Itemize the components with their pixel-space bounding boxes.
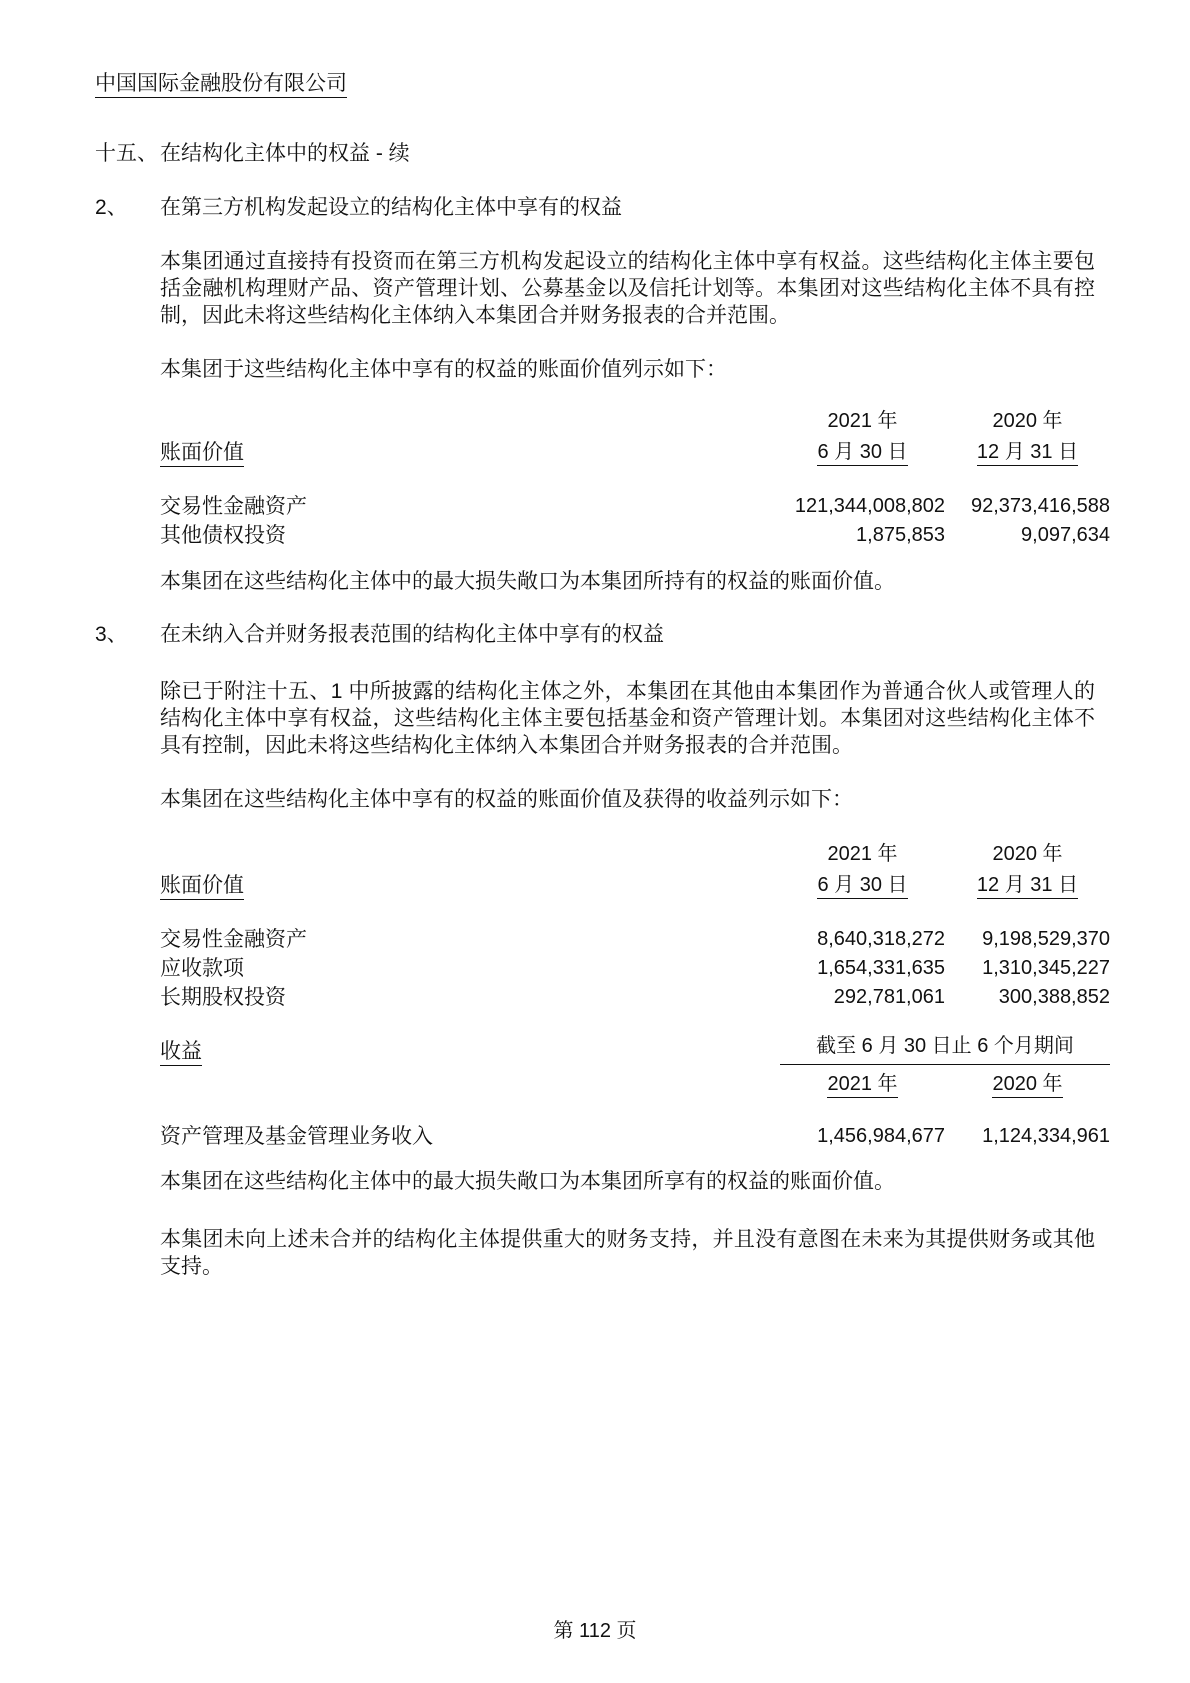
row-value-2020: 1,310,345,227 [945, 955, 1110, 982]
income-table-period-row: 收益 截至 6 月 30 日止 6 个月期间 [160, 1033, 1110, 1065]
item-3-support-note: 本集团未向上述未合并的结构化主体提供重大的财务支持，并且没有意图在未来为其提供财… [160, 1226, 1095, 1280]
row-value-2021: 1,875,853 [780, 522, 945, 549]
row-value-2021: 292,781,061 [780, 984, 945, 1011]
table-row: 长期股权投资 292,781,061 300,388,852 [160, 983, 1110, 1012]
table-1-year-row: 2021 年 2020 年 [160, 408, 1110, 435]
item-3-exposure-note: 本集团在这些结构化主体中的最大损失敞口为本集团所享有的权益的账面价值。 [160, 1168, 1095, 1195]
row-label: 资产管理及基金管理业务收入 [160, 1123, 780, 1150]
income-table-year-row: 2021 年 2020 年 [160, 1071, 1110, 1098]
table-2-row-header: 账面价值 [160, 874, 244, 900]
row-label: 其他债权投资 [160, 522, 780, 549]
item-2-exposure-note: 本集团在这些结构化主体中的最大损失敞口为本集团所持有的权益的账面价值。 [160, 568, 1095, 595]
income-col-2020-year: 2020 年 [992, 1073, 1062, 1098]
table-1-row-header: 账面价值 [160, 441, 244, 467]
table-row: 其他债权投资 1,875,853 9,097,634 [160, 521, 1110, 550]
income-table-row-header: 收益 [160, 1040, 202, 1066]
row-label: 交易性金融资产 [160, 493, 780, 520]
section-15-heading: 十五、 在结构化主体中的权益 - 续 [95, 140, 410, 167]
row-value-2020: 9,097,634 [945, 522, 1110, 549]
row-value-2020: 9,198,529,370 [945, 926, 1110, 953]
item-3-table-lead: 本集团在这些结构化主体中享有的权益的账面价值及获得的收益列示如下： [160, 786, 853, 813]
row-value-2020: 92,373,416,588 [945, 493, 1110, 520]
income-table-period-header: 截至 6 月 30 日止 6 个月期间 [780, 1033, 1110, 1065]
table-2-col-2021-year: 2021 年 [780, 841, 945, 868]
section-title: 在结构化主体中的权益 - 续 [160, 140, 410, 167]
carrying-value-table-1: 2021 年 2020 年 账面价值 6 月 30 日 12 月 31 日 交易… [160, 408, 1110, 550]
item-2-heading: 2、 在第三方机构发起设立的结构化主体中享有的权益 [95, 194, 622, 221]
company-header: 中国国际金融股份有限公司 [95, 70, 347, 97]
table-row: 交易性金融资产 8,640,318,272 9,198,529,370 [160, 925, 1110, 954]
row-value-2021: 1,654,331,635 [780, 955, 945, 982]
row-value-2021: 121,344,008,802 [780, 493, 945, 520]
table-1-col-2021-year: 2021 年 [780, 408, 945, 435]
row-value-2021: 8,640,318,272 [780, 926, 945, 953]
item-2-title: 在第三方机构发起设立的结构化主体中享有的权益 [160, 194, 622, 221]
table-2-col-2020-date: 12 月 31 日 [977, 874, 1078, 899]
table-2-year-row: 2021 年 2020 年 [160, 841, 1110, 868]
table-1-header-row: 账面价值 6 月 30 日 12 月 31 日 [160, 439, 1110, 466]
table-row: 交易性金融资产 121,344,008,802 92,373,416,588 [160, 492, 1110, 521]
item-3-title: 在未纳入合并财务报表范围的结构化主体中享有的权益 [160, 621, 664, 648]
row-label: 应收款项 [160, 955, 780, 982]
item-2-intro-paragraph: 本集团通过直接持有投资而在第三方机构发起设立的结构化主体中享有权益。这些结构化主… [160, 248, 1095, 329]
table-row: 资产管理及基金管理业务收入 1,456,984,677 1,124,334,96… [160, 1122, 1110, 1151]
table-2-col-2020-year: 2020 年 [945, 841, 1110, 868]
item-3-heading: 3、 在未纳入合并财务报表范围的结构化主体中享有的权益 [95, 621, 664, 648]
item-3-number: 3、 [95, 621, 160, 648]
row-label: 长期股权投资 [160, 984, 780, 1011]
row-label: 交易性金融资产 [160, 926, 780, 953]
row-value-2020: 300,388,852 [945, 984, 1110, 1011]
section-number: 十五、 [95, 140, 160, 167]
item-2-number: 2、 [95, 194, 160, 221]
table-1-col-2020-date: 12 月 31 日 [977, 441, 1078, 466]
row-value-2020: 1,124,334,961 [945, 1123, 1110, 1150]
page-number: 第 112 页 [0, 1618, 1190, 1645]
table-1-col-2021-date: 6 月 30 日 [817, 441, 907, 466]
table-2-header-row: 账面价值 6 月 30 日 12 月 31 日 [160, 872, 1110, 899]
item-2-table-lead: 本集团于这些结构化主体中享有的权益的账面价值列示如下： [160, 356, 727, 383]
item-3-intro-paragraph: 除已于附注十五、1 中所披露的结构化主体之外，本集团在其他由本集团作为普通合伙人… [160, 678, 1095, 759]
row-value-2021: 1,456,984,677 [780, 1123, 945, 1150]
company-name: 中国国际金融股份有限公司 [95, 72, 347, 98]
table-row: 应收款项 1,654,331,635 1,310,345,227 [160, 954, 1110, 983]
income-table: 收益 截至 6 月 30 日止 6 个月期间 2021 年 2020 年 资产管… [160, 1033, 1110, 1151]
table-2-col-2021-date: 6 月 30 日 [817, 874, 907, 899]
income-col-2021-year: 2021 年 [827, 1073, 897, 1098]
report-page: 中国国际金融股份有限公司 十五、 在结构化主体中的权益 - 续 2、 在第三方机… [0, 0, 1190, 1683]
carrying-value-table-2: 2021 年 2020 年 账面价值 6 月 30 日 12 月 31 日 交易… [160, 841, 1110, 1012]
table-1-col-2020-year: 2020 年 [945, 408, 1110, 435]
